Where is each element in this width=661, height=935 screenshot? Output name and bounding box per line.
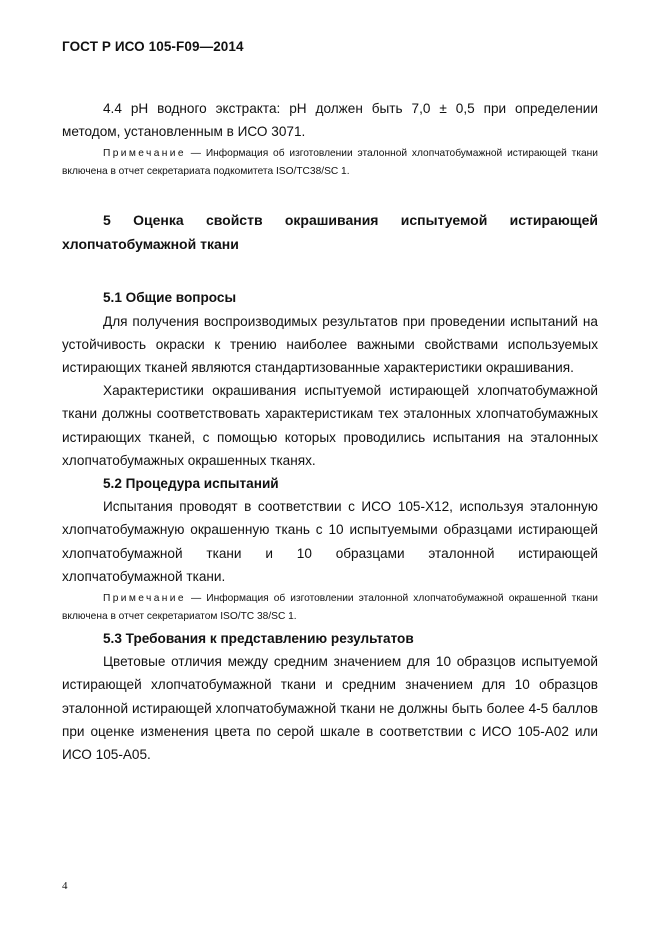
paragraph-5-1-1: Для получения воспроизводимых результато… — [62, 310, 598, 380]
note-5-2: Примечание — Информация об изготовлении … — [62, 590, 598, 625]
paragraph-5-1-2: Характеристики окрашивания испытуемой ис… — [62, 379, 598, 472]
note-4-4: Примечание — Информация об изготовлении … — [62, 145, 598, 180]
page-content: 4.4 pH водного экстракта: pH должен быть… — [62, 97, 598, 766]
note-label: Примечание — [103, 148, 186, 159]
paragraph-5-2-1: Испытания проводят в соответствии с ИСО … — [62, 495, 598, 588]
subsection-5-2-heading: 5.2 Процедура испытаний — [62, 472, 598, 495]
section-5-heading-line1: 5 Оценка свойств окрашивания испытуемой … — [62, 208, 598, 232]
clause-4-4: 4.4 pH водного экстракта: pH должен быть… — [62, 97, 598, 143]
page-number: 4 — [62, 880, 68, 892]
paragraph-5-3-1: Цветовые отличия между средним значением… — [62, 650, 598, 766]
section-5-heading-line2: хлопчатобумажной ткани — [62, 232, 598, 256]
document-page: ГОСТ Р ИСО 105-F09—2014 4.4 pH водного э… — [0, 0, 661, 935]
note-label: Примечание — [103, 593, 186, 604]
subsection-5-1-heading: 5.1 Общие вопросы — [62, 286, 598, 309]
running-header: ГОСТ Р ИСО 105-F09—2014 — [62, 39, 244, 54]
subsection-5-3-heading: 5.3 Требования к представлению результат… — [62, 627, 598, 650]
